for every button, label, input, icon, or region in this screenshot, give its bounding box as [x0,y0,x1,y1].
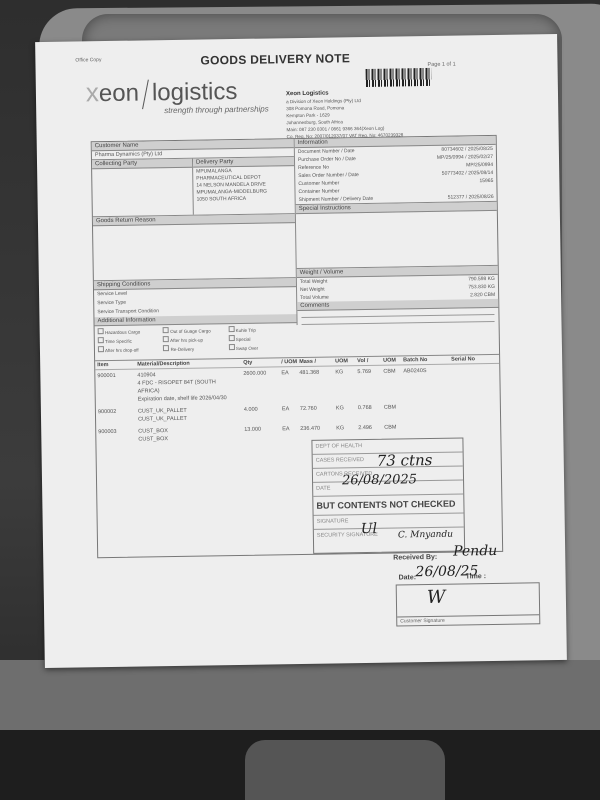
delivery-party-address: MPUMALANGA PHARMACEUTICAL DEPOT 14 NELSO… [193,166,295,205]
additional-options: Hazardous Cargo Out of Guage Cargo Kuhle… [95,323,297,355]
time-label: Time : [466,573,487,580]
collecting-party-label: Collecting Party [92,159,192,170]
barcode-icon [366,68,432,87]
information-section: Information Document Number / Date807346… [294,136,499,325]
checkbox-icon [163,336,169,342]
handwritten-signature: Ul [361,521,378,537]
delivery-note-paper: Office Copy GOODS DELIVERY NOTE Page 1 o… [35,34,567,668]
shipping-conditions-rows: Service Level Service Type Service Trans… [94,287,296,317]
under-tray-object [245,740,445,800]
document-title: GOODS DELIVERY NOTE [200,51,350,67]
checkbox-icon [98,346,104,352]
copy-label: Office Copy [75,57,101,63]
handwritten-stamp-date: 26/08/2025 [342,472,417,488]
company-address: Xeon Logistics a Division of Xeon Holdin… [286,88,403,140]
received-by-label: Received By: [393,554,437,562]
checkbox-icon [228,326,234,332]
checkbox-icon [98,328,104,334]
handwritten-cartons: 73 ctns [377,451,433,470]
checkbox-icon [163,345,169,351]
handwritten-security-name: C. Mnyandu [398,530,453,541]
date-label: Date: [399,574,417,581]
page-number: Page 1 of 1 [427,62,455,68]
checkbox-icon [163,327,169,333]
customer-section: Customer Name Pharma Dynamics (Pty) Ltd … [92,139,297,355]
logo-tagline: strength through partnerships [164,104,269,115]
tray-front-edge [0,660,600,730]
checkbox-icon [98,337,104,343]
checkbox-icon [228,335,234,341]
customer-signature-box: W Customer Signature [396,582,541,626]
received-by-signature: Pendu [453,543,497,560]
checkbox-icon [229,344,235,350]
items-table: ItemMaterial/DescriptionQty/ UOMMass /UO… [95,354,500,446]
